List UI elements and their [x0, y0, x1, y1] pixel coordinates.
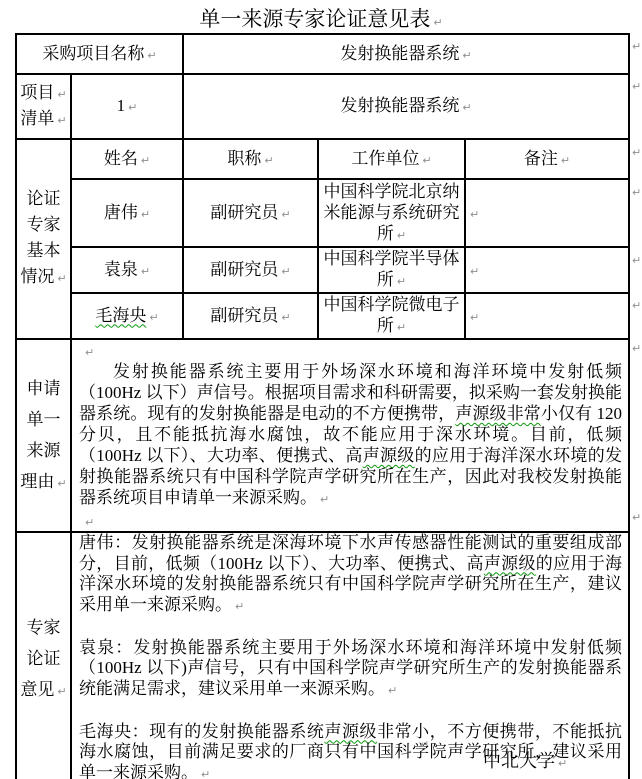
empty-note: [466, 202, 628, 225]
cell-expert-org: 中国科学院北京纳米能源与系统研究所: [318, 179, 465, 247]
cell-project-list-label: 项目 清单: [16, 74, 71, 139]
experts-side-line: 专家: [17, 212, 70, 238]
cell-expert-name: 袁泉: [71, 247, 183, 293]
opinion-form-table: 采购项目名称 发射换能器系统 项目 清单 1 发射换能器系统 论证 专家: [15, 33, 630, 779]
cell-expert-title: 副研究员: [183, 247, 318, 293]
cell-expert-org: 中国科学院半导体所: [318, 247, 465, 293]
cell-experts-side-label: 论证 专家 基本 情况: [16, 139, 71, 339]
row-end-mark: ↵: [632, 40, 641, 53]
page-title: 单一来源专家论证意见表: [0, 7, 642, 35]
row-end-mark: ↵: [632, 186, 641, 199]
cell-reason-text: 发射换能器系统主要用于外场深水环境和海洋环境中发射低频（100Hz 以下）声信号…: [71, 339, 629, 532]
opinions-side-line: 论证: [17, 643, 70, 674]
cell-expert-org: 中国科学院微电子所: [318, 293, 465, 339]
row-end-mark: ↵: [632, 511, 641, 524]
expert-row: 袁泉 副研究员 中国科学院半导体所: [16, 247, 629, 293]
column-header-name: 姓名: [71, 139, 183, 179]
table-row: 项目 清单 1 发射换能器系统: [16, 74, 629, 139]
cell-opinions-side-label: 专家 论证 意见: [16, 532, 71, 779]
opinions-side-line: 意见: [17, 674, 70, 707]
project-list-label-line: 项目: [17, 81, 70, 107]
expert-row: 毛海央 副研究员 中国科学院微电子所: [16, 293, 629, 339]
footer-paragraph-mark: ↵: [420, 738, 429, 751]
experts-side-line: 基本: [17, 238, 70, 264]
empty-note: [466, 305, 628, 328]
cell-expert-title: 副研究员: [183, 179, 318, 247]
empty-paragraph: [72, 340, 628, 361]
cell-project-name-value: 发射换能器系统: [183, 34, 629, 74]
table-row: 专家 论证 意见 唐伟：发射换能器系统是深海环境下水声传感器性能测试的重要组成部…: [16, 532, 629, 779]
cell-project-list-index: 1: [71, 74, 183, 139]
document-page: 单一来源专家论证意见表 采购项目名称 发射换能器系统 项目 清单 1 发射换能器…: [0, 0, 642, 779]
reason-side-line: 单一: [17, 404, 70, 435]
column-header-title: 职称: [183, 139, 318, 179]
experts-side-line: 情况: [17, 264, 70, 292]
opinion-paragraph-yuanquan: 袁泉：发射换能器系统主要用于外场深水环境和海洋环境中发射低频（100Hz 以下)…: [72, 638, 628, 702]
table-row: 论证 专家 基本 情况 姓名 职称 工作单位 备注: [16, 139, 629, 179]
expert-row: 唐伟 副研究员 中国科学院北京纳米能源与系统研究所: [16, 179, 629, 247]
opinion-paragraph-tangwei: 唐伟：发射换能器系统是深海环境下水声传感器性能测试的重要组成部分，目前，低频（1…: [72, 533, 628, 617]
cell-expert-name: 毛海央: [71, 293, 183, 339]
empty-note: [466, 259, 628, 282]
row-end-mark: ↵: [632, 146, 641, 159]
footer-org-name: 中北大学: [483, 751, 567, 774]
cell-expert-note: [465, 247, 629, 293]
table-row: 申请 单一 来源 理由 发射换能器系统主要用于外场深水环境和海洋环境中发射低频（…: [16, 339, 629, 532]
cell-project-list-value: 发射换能器系统: [183, 74, 629, 139]
cell-opinions-text: 唐伟：发射换能器系统是深海环境下水声传感器性能测试的重要组成部分，目前，低频（1…: [71, 532, 629, 779]
cell-expert-note: [465, 293, 629, 339]
reason-side-line: 理由: [17, 466, 70, 499]
cell-project-name-label: 采购项目名称: [16, 34, 183, 74]
reason-side-line: 来源: [17, 435, 70, 466]
reason-paragraph: 发射换能器系统主要用于外场深水环境和海洋环境中发射低频（100Hz 以下）声信号…: [72, 361, 628, 510]
cell-expert-title: 副研究员: [183, 293, 318, 339]
row-end-mark: ↵: [632, 342, 641, 355]
row-end-mark: ↵: [632, 80, 641, 93]
column-header-org: 工作单位: [318, 139, 465, 179]
row-end-mark: ↵: [632, 299, 641, 312]
reason-side-line: 申请: [17, 373, 70, 404]
opinions-side-line: 专家: [17, 612, 70, 643]
empty-paragraph: [72, 510, 628, 531]
experts-side-line: 论证: [17, 186, 70, 212]
table-row: 采购项目名称 发射换能器系统: [16, 34, 629, 74]
column-header-note: 备注: [465, 139, 629, 179]
cell-reason-side-label: 申请 单一 来源 理由: [16, 339, 71, 532]
row-end-mark: ↵: [632, 254, 641, 267]
cell-expert-name: 唐伟: [71, 179, 183, 247]
cell-expert-note: [465, 179, 629, 247]
project-list-label-line: 清单: [17, 107, 70, 133]
